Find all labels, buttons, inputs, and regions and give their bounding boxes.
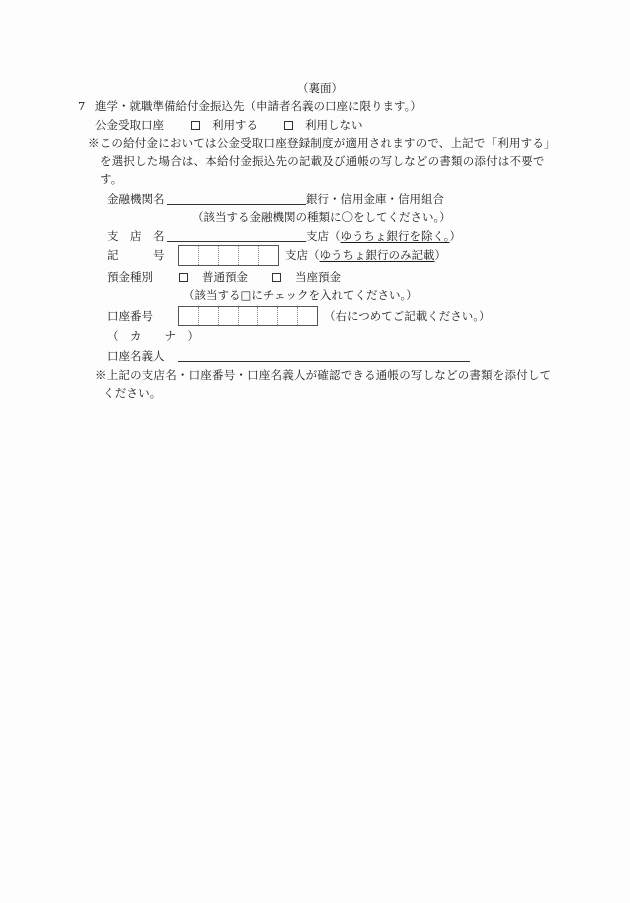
symbol-digit-cell[interactable] <box>199 246 219 265</box>
attach-notice-line2: ください。 <box>103 386 162 400</box>
branch-suffix-close: ） <box>450 229 462 243</box>
bank-name-label: 金融機関名 <box>107 192 165 206</box>
account-digit-cell[interactable] <box>239 307 259 325</box>
account-digit-cell[interactable] <box>258 307 278 325</box>
deposit-current-checkbox[interactable] <box>272 273 281 282</box>
branch-name-label: 支 店 名 <box>107 229 165 243</box>
deposit-ordinary-checkbox[interactable] <box>179 273 188 282</box>
account-digit-cell[interactable] <box>278 307 298 325</box>
bank-type-suffix: 銀行・信用金庫・信用組合 <box>306 192 444 206</box>
section-title: 進学・就職準備給付金振込先（申請者名義の口座に限ります。） <box>95 99 422 113</box>
deposit-current-label: 当座預金 <box>295 270 341 284</box>
account-digit-cell[interactable] <box>298 307 317 325</box>
account-digit-cell[interactable] <box>179 307 199 325</box>
symbol-label: 記 号 <box>107 248 165 262</box>
deposit-type-hint: （該当する□にチェックを入れてください。） <box>183 288 418 302</box>
bank-type-hint: （該当する金融機関の種類に〇をしてください。） <box>192 210 451 224</box>
symbol-suffix: 支店（ゆうちょ銀行のみ記載） <box>285 248 446 262</box>
symbol-digit-cell[interactable] <box>239 246 259 265</box>
bank-name-field[interactable] <box>167 204 306 205</box>
public-account-label: 公金受取口座 <box>95 118 164 132</box>
branch-suffix-note: ゆうちょ銀行を除く。 <box>341 229 450 243</box>
account-digit-cell[interactable] <box>199 307 219 325</box>
public-account-use-checkbox[interactable] <box>191 121 200 130</box>
branch-name-field[interactable] <box>167 241 306 242</box>
kana-label: （ カ ナ ） <box>107 329 199 343</box>
account-holder-label: 口座名義人 <box>107 349 165 363</box>
account-number-hint: （右につめてご記載ください。） <box>324 309 491 323</box>
section-number: 7 <box>78 99 85 113</box>
page-side-label: （裏面） <box>297 81 343 95</box>
deposit-ordinary-label: 普通預金 <box>202 270 248 284</box>
branch-suffix-text: 支店（ <box>306 229 341 243</box>
account-number-input-boxes[interactable] <box>178 306 318 326</box>
public-account-notice-line1: ※この給付金においては公金受取口座登録制度が適用されますので、上記で「利用する」 <box>88 136 556 150</box>
public-account-not-use-checkbox[interactable] <box>284 121 293 130</box>
symbol-suffix-close: ） <box>435 248 447 262</box>
account-digit-cell[interactable] <box>219 307 239 325</box>
attach-notice-line1: ※上記の支店名・口座番号・口座名義人が確認できる通帳の写しなどの書類を添付して <box>95 368 551 382</box>
symbol-suffix-note: ゆうちょ銀行のみ記載 <box>320 248 435 262</box>
branch-suffix: 支店（ゆうちょ銀行を除く。） <box>306 229 461 243</box>
symbol-suffix-text: 支店（ <box>285 248 320 262</box>
deposit-type-label: 預金種別 <box>107 270 153 284</box>
account-holder-field[interactable] <box>178 361 470 362</box>
public-account-use-label: 利用する <box>212 118 258 132</box>
symbol-digit-cell[interactable] <box>179 246 199 265</box>
account-number-label: 口座番号 <box>107 309 153 323</box>
public-account-not-use-label: 利用しない <box>305 118 363 132</box>
public-account-notice-line2: を選択した場合は、本給付金振込先の記載及び通帳の写しなどの書類の添付は不要で <box>100 154 545 168</box>
symbol-input-boxes[interactable] <box>178 245 279 266</box>
symbol-digit-cell[interactable] <box>219 246 239 265</box>
symbol-digit-cell[interactable] <box>259 246 278 265</box>
public-account-notice-line3: す。 <box>100 172 122 186</box>
